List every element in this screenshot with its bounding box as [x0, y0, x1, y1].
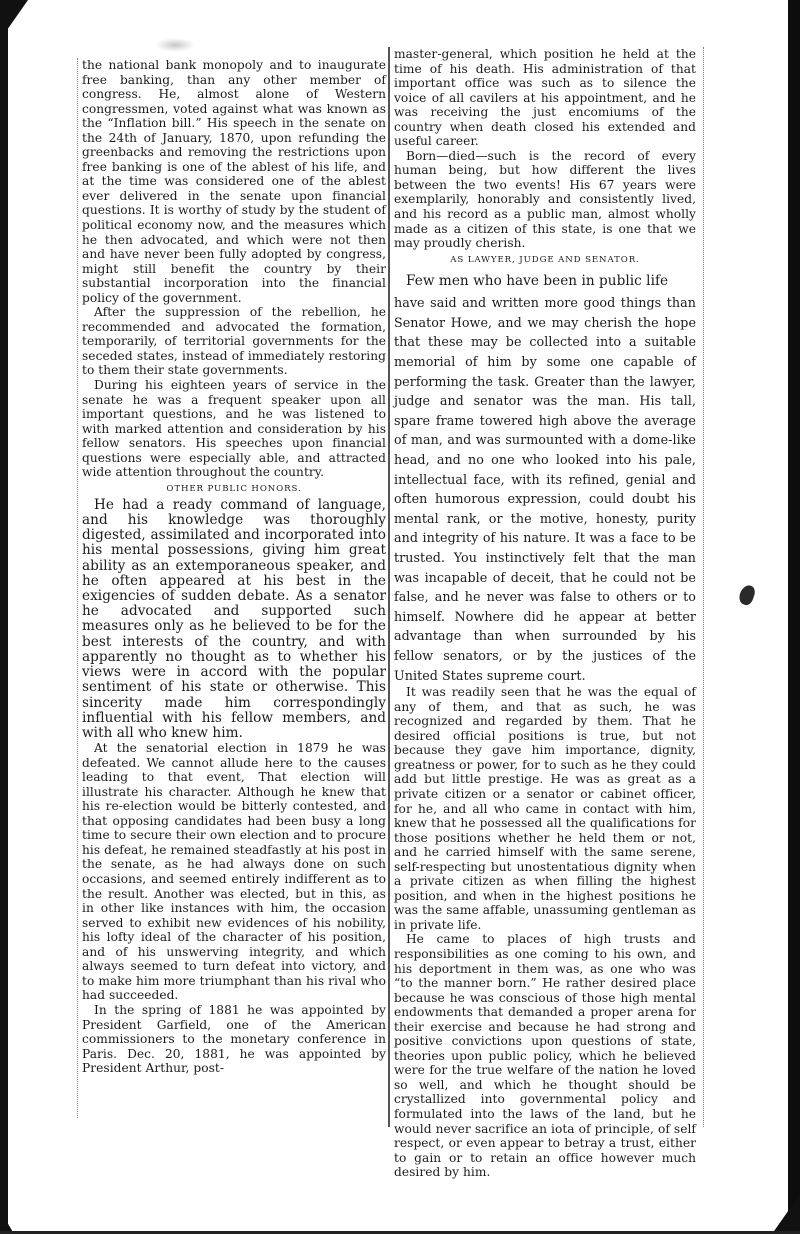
ink-smudge — [155, 38, 195, 52]
ink-blot — [737, 583, 757, 607]
paragraph: He had a ready command of language, and … — [82, 498, 386, 741]
paragraph: Born—died—such is the record of every hu… — [394, 149, 696, 251]
section-heading: OTHER PUBLIC HONORS. — [82, 483, 386, 496]
paragraph: At the senatorial election in 1879 he wa… — [82, 741, 386, 1003]
article-column-left: the national bank monopoly and to inaugu… — [77, 58, 386, 1118]
paragraph: In the spring of 1881 he was appointed b… — [82, 1003, 386, 1076]
paragraph: After the suppression of the rebellion, … — [82, 305, 386, 378]
paragraph: It was readily seen that he was the equa… — [394, 685, 696, 932]
scan-corner-bottom-right — [772, 1194, 800, 1234]
paragraph: He came to places of high trusts and res… — [394, 932, 696, 1179]
scan-border-left — [0, 0, 8, 1234]
scan-corner-top-left — [0, 0, 28, 40]
article-column-right: master-general, which position he held a… — [388, 47, 696, 1127]
paragraph: master-general, which position he held a… — [394, 47, 696, 149]
paragraph: During his eighteen years of service in … — [82, 378, 386, 480]
paragraph: have said and written more good things t… — [394, 293, 696, 685]
paragraph: the national bank monopoly and to inaugu… — [82, 58, 386, 305]
paragraph-lead: Few men who have been in public life — [394, 269, 696, 294]
scan-border-right — [788, 0, 800, 1234]
section-heading: AS LAWYER, JUDGE AND SENATOR. — [394, 254, 696, 267]
